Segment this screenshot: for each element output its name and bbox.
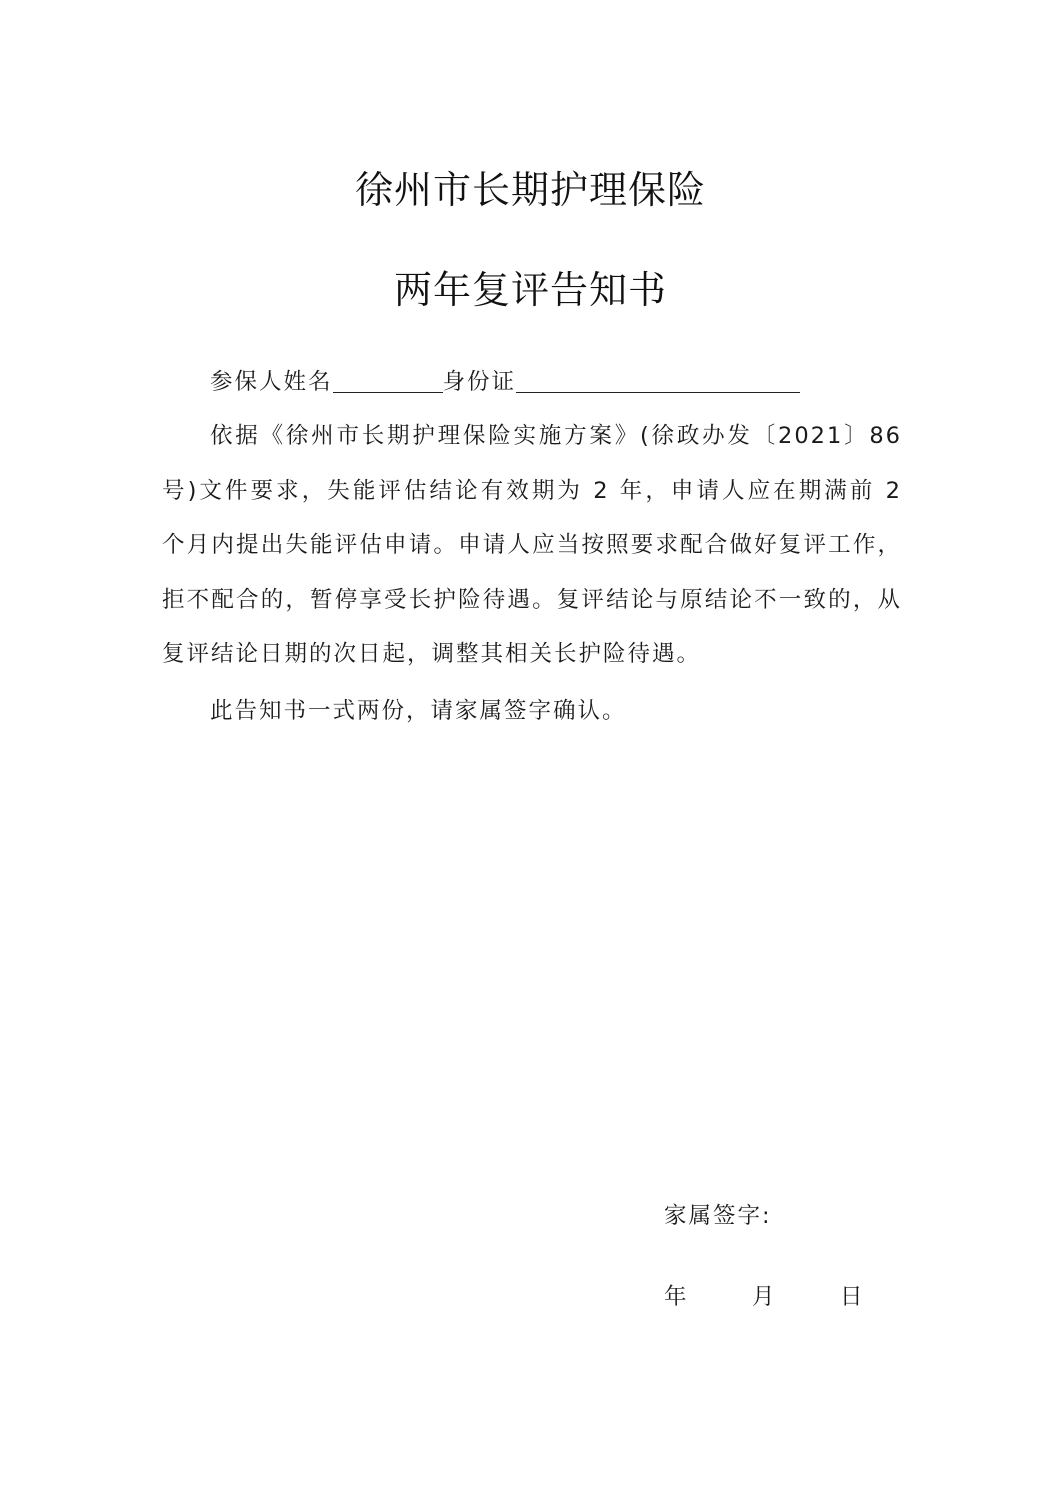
document-subtitle: 两年复评告知书 bbox=[0, 268, 1061, 312]
document-title: 徐州市长期护理保险 bbox=[0, 168, 1061, 212]
notice-body-paragraph: 依据《徐州市长期护理保险实施方案》(徐政办发〔2021〕86 号)文件要求，失能… bbox=[162, 409, 902, 682]
insured-name-field[interactable] bbox=[333, 368, 443, 393]
document-page: 徐州市长期护理保险 两年复评告知书 参保人姓名身份证 依据《徐州市长期护理保险实… bbox=[0, 0, 1061, 1500]
signature-date-row: 年 月 日 bbox=[664, 1282, 865, 1312]
insured-name-label: 参保人姓名 bbox=[210, 369, 333, 395]
date-month-label: 月 bbox=[752, 1282, 840, 1312]
confirmation-paragraph: 此告知书一式两份，请家属签字确认。 bbox=[162, 684, 902, 739]
family-signature-label: 家属签字: bbox=[664, 1201, 772, 1231]
date-day-label: 日 bbox=[840, 1282, 865, 1312]
id-card-field[interactable] bbox=[516, 368, 800, 393]
insured-info-row: 参保人姓名身份证 bbox=[162, 355, 950, 410]
id-card-label: 身份证 bbox=[443, 369, 517, 395]
date-year-label: 年 bbox=[664, 1282, 752, 1312]
